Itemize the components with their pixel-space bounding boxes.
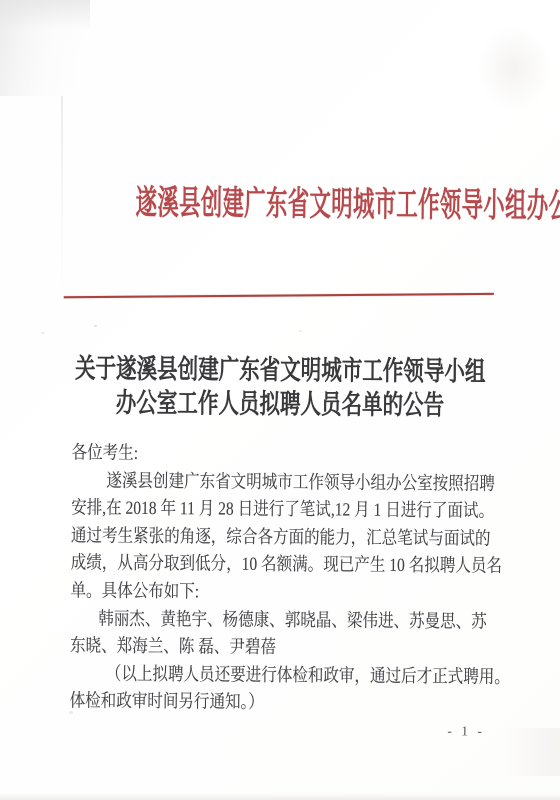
notice-title-line-1: 关于遂溪县创建广东省文明城市工作领导小组 xyxy=(75,351,486,388)
notice-body: 各位考生: 遂溪县创建广东省文明城市工作领导小组办公室按照招聘 安排,在 201… xyxy=(70,440,512,719)
body-line-names: 韩丽杰、黄艳宇、杨德康、郭晓晶、梁伟进、苏曼思、苏 xyxy=(70,606,510,637)
document-content: 遂溪县创建广东省文明城市工作领导小组办公室 关于遂溪县创建广东省文明城市工作领导… xyxy=(0,0,560,800)
body-line-note: （以上拟聘人员还要进行体检和政审，通过后才正式聘用。 xyxy=(70,661,510,692)
document-page: 遂溪县创建广东省文明城市工作领导小组办公室 关于遂溪县创建广东省文明城市工作领导… xyxy=(0,0,560,800)
notice-title: 关于遂溪县创建广东省文明城市工作领导小组 办公室工作人员拟聘人员名单的公告 xyxy=(0,351,560,423)
body-line-note: 体检和政审时间另行通知。） xyxy=(70,689,510,720)
notice-title-line-2: 办公室工作人员拟聘人员名单的公告 xyxy=(116,386,445,423)
body-line: 成绩，从高分取到低分，10 名额满。现已产生 10 名拟聘人员名 xyxy=(71,551,511,582)
letterhead: 遂溪县创建广东省文明城市工作领导小组办公室 xyxy=(1,174,560,227)
body-line: 通过考生紧张的角逐，综合各方面的能力，汇总笔试与面试的 xyxy=(71,523,511,554)
body-line: 单。具体公布如下: xyxy=(70,578,510,609)
body-line-salutation: 各位考生: xyxy=(71,440,511,471)
red-divider-line xyxy=(64,293,494,298)
body-line-names: 东晓、郑海兰、陈 磊、尹碧蓓 xyxy=(70,634,510,665)
letterhead-org-name: 遂溪县创建广东省文明城市工作领导小组办公室 xyxy=(135,175,560,228)
body-line: 遂溪县创建广东省文明城市工作领导小组办公室按照招聘 xyxy=(71,468,511,499)
page-number: - 1 - xyxy=(435,723,495,739)
body-line: 安排,在 2018 年 11 月 28 日进行了笔试,12 月 1 日进行了面试… xyxy=(71,496,511,527)
